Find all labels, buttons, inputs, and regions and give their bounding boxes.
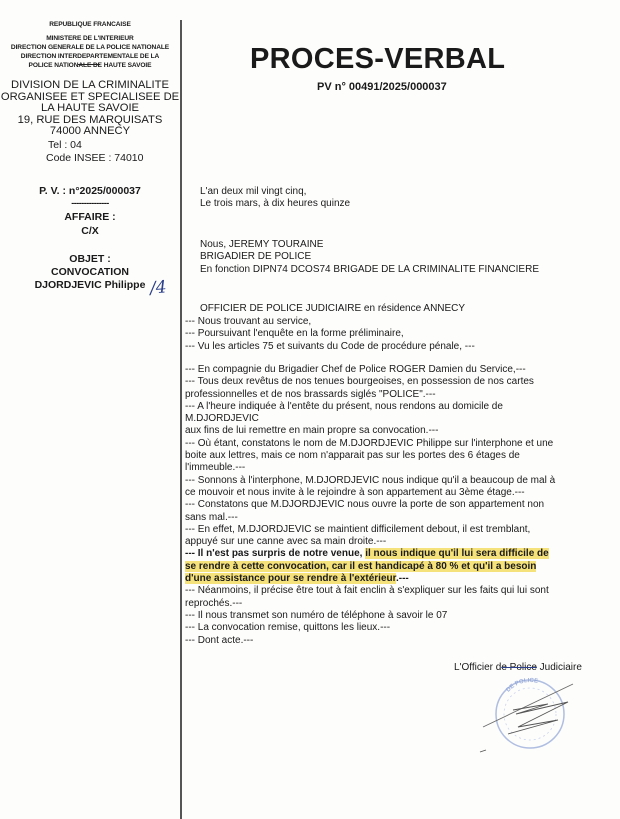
pv-separator: --------------- <box>0 198 180 208</box>
narrative-line: --- Où étant, constatons le nom de M.DJO… <box>185 438 555 450</box>
police-stamp-icon: DE POLICE <box>478 672 578 762</box>
narrative-line: l'immeuble.--- <box>185 462 555 474</box>
header-separator <box>78 64 100 65</box>
republique-header: REPUBLIQUE FRANCAISE <box>0 20 180 29</box>
handwritten-annotation: /4 <box>149 277 167 298</box>
preamble-line: --- Poursuivant l'enquête en la forme pr… <box>185 328 475 340</box>
preamble-list: --- Nous trouvant au service, --- Poursu… <box>185 316 475 353</box>
pv-number: P. V. : n°2025/000037 <box>0 185 180 197</box>
highlighted-text: d'une assistance pour se rendre à l'exté… <box>185 573 396 584</box>
date-line: L'an deux mil vingt cinq, <box>200 186 350 198</box>
paragraph-suffix: .--- <box>396 573 409 584</box>
affaire-label: AFFAIRE : <box>0 210 180 224</box>
officer-line: BRIGADIER DE POLICE <box>200 251 539 263</box>
code-insee: Code INSEE : 74010 <box>46 152 143 165</box>
narrative-line: --- A l'heure indiquée à l'entête du pré… <box>185 401 555 413</box>
closing-line: reprochés.--- <box>185 598 555 610</box>
contact-block: Tel : 04 Code INSEE : 74010 <box>46 139 143 164</box>
closing-line: --- Néanmoins, il précise être tout à fa… <box>185 585 555 597</box>
closing-line: --- La convocation remise, quittons les … <box>185 622 555 634</box>
closing-line: --- Dont acte.--- <box>185 635 555 647</box>
narrative-line: --- Constatons que M.DJORDJEVIC nous ouv… <box>185 499 555 511</box>
date-block: L'an deux mil vingt cinq, Le trois mars,… <box>200 186 350 211</box>
objet-label: OBJET : <box>0 253 180 266</box>
tel: Tel : 04 <box>46 139 143 152</box>
preamble-line: --- Nous trouvant au service, <box>185 316 475 328</box>
narrative-line: ce mouvoir et nous invite à le rejoindre… <box>185 487 555 499</box>
preamble-line: --- Vu les articles 75 et suivants du Co… <box>185 341 475 353</box>
officer-line: En fonction DIPN74 DCOS74 BRIGADE DE LA … <box>200 264 539 276</box>
narrative-line: M.DJORDJEVIC <box>185 413 555 425</box>
narrative-line: --- Tous deux revêtus de nos tenues bour… <box>185 376 555 388</box>
pv-reference: PV n° 00491/2025/000037 <box>317 81 447 93</box>
officer-block: Nous, JEREMY TOURAINE BRIGADIER DE POLIC… <box>200 239 539 276</box>
narrative-line: aux fins de lui remettre en main propre … <box>185 425 555 437</box>
paragraph-prefix: --- Il n'est pas surpris de notre venue, <box>185 548 365 559</box>
closing-line: --- Il nous transmet son numéro de télép… <box>185 610 555 622</box>
highlighted-text: il nous indique qu'il lui sera difficile… <box>365 548 549 559</box>
document-page: REPUBLIQUE FRANCAISE MINISTERE DE L'INTE… <box>0 0 620 819</box>
highlighted-paragraph: --- Il n'est pas surpris de notre venue,… <box>185 548 555 585</box>
narrative-line: appuyé sur une canne avec sa main droite… <box>185 536 555 548</box>
division-address: DIVISION DE LA CRIMINALITE ORGANISEE ET … <box>0 80 180 138</box>
opj-line: OFFICIER DE POLICE JUDICIAIRE en résiden… <box>200 303 465 315</box>
narrative: --- En compagnie du Brigadier Chef de Po… <box>185 364 555 647</box>
narrative-line: --- Sonnons à l'interphone, M.DJORDJEVIC… <box>185 475 555 487</box>
objet-line: CONVOCATION <box>0 266 180 279</box>
affaire-value: C/X <box>0 224 180 238</box>
highlighted-text: se rendre à cette convocation, car il es… <box>185 561 536 572</box>
narrative-line: sans mal.--- <box>185 512 555 524</box>
narrative-line: --- En compagnie du Brigadier Chef de Po… <box>185 364 555 376</box>
narrative-line: boite aux lettres, mais ce nom n'apparai… <box>185 450 555 462</box>
officer-line: Nous, JEREMY TOURAINE <box>200 239 539 251</box>
ministry-line: DIRECTION GENERALE DE LA POLICE NATIONAL… <box>0 43 180 52</box>
narrative-line: professionnelles et de nos brassards sig… <box>185 389 555 401</box>
narrative-line: --- En effet, M.DJORDJEVIC se maintient … <box>185 524 555 536</box>
division-line: DIVISION DE LA CRIMINALITE <box>0 80 180 92</box>
column-divider <box>180 20 182 819</box>
date-line: Le trois mars, à dix heures quinze <box>200 198 350 210</box>
svg-text:DE POLICE: DE POLICE <box>505 678 538 694</box>
division-line: 74000 ANNECY <box>0 126 180 138</box>
affaire-block: AFFAIRE : C/X <box>0 210 180 238</box>
document-title: PROCES-VERBAL <box>250 43 505 76</box>
ministry-line: POLICE NATIONALE DE HAUTE SAVOIE <box>0 61 180 70</box>
ministry-line: MINISTERE DE L'INTERIEUR <box>0 34 180 43</box>
ministry-line: DIRECTION INTERDEPARTEMENTALE DE LA <box>0 52 180 61</box>
